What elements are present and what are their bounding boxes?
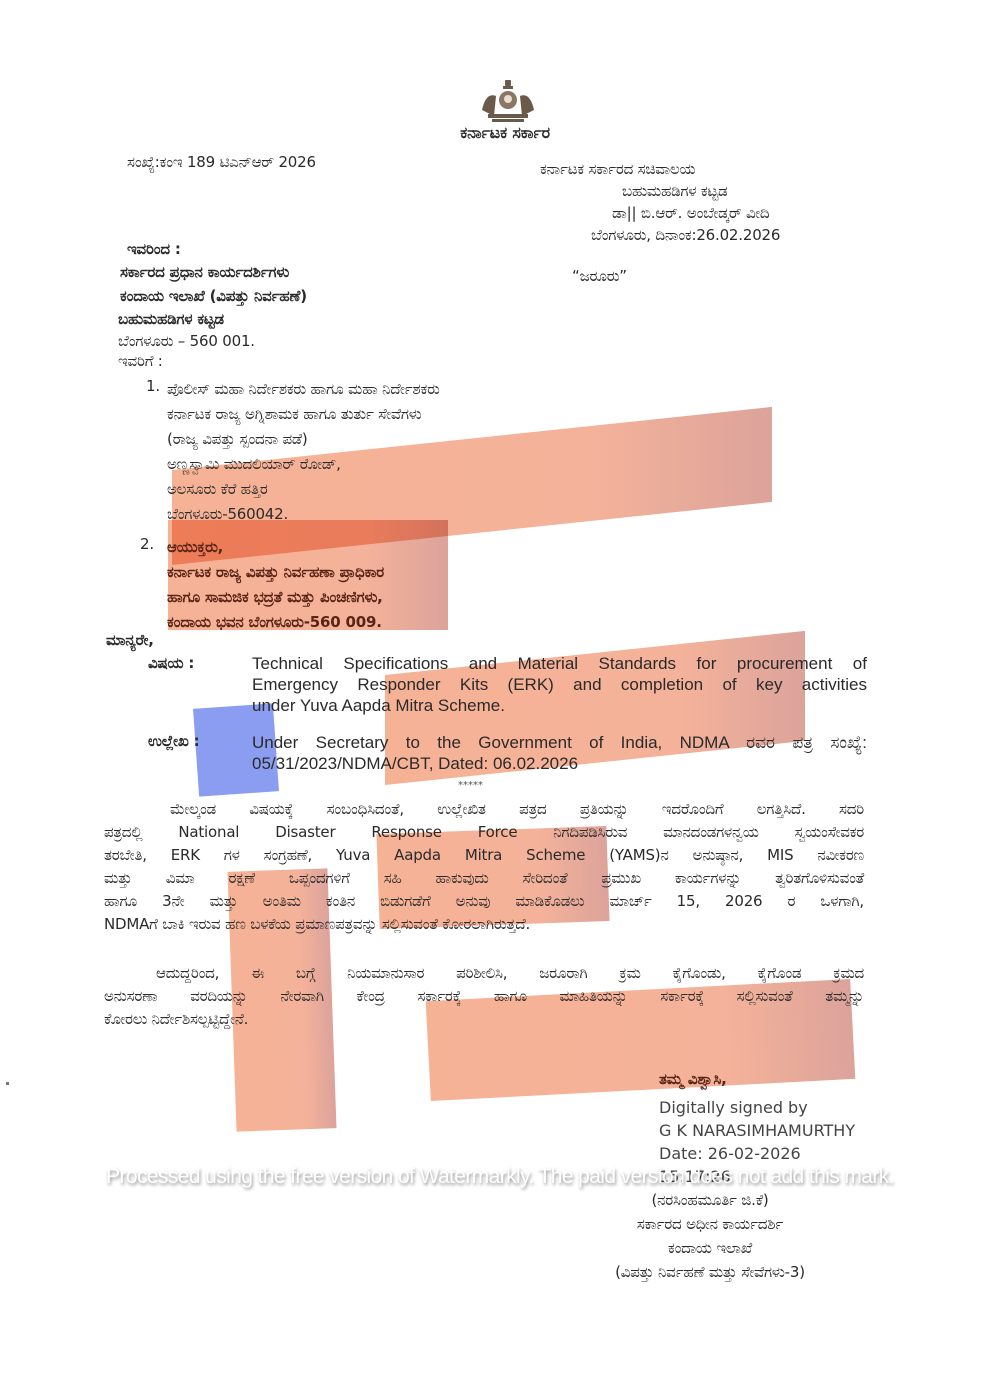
office-address-line: ಡಾ|| ಬಿ.ಆರ್. ಅಂಬೇಡ್ಕರ್ ವೀದಿ xyxy=(612,204,769,222)
stray-mark xyxy=(6,1082,9,1085)
recipient-2-address: ಆಯುಕ್ತರು, ಕರ್ನಾಟಕ ರಾಜ್ಯ ವಿಪತ್ತು ನಿರ್ವಹಣಾ… xyxy=(167,535,384,635)
signatory-designation: (ನರಸಿಂಹಮೂರ್ತಿ ಜಿ.ಕೆ) ಸರ್ಕಾರದ ಅಧೀನ ಕಾರ್ಯದ… xyxy=(540,1188,880,1284)
salutation: ಮಾನ್ಯರೇ, xyxy=(106,631,154,649)
from-line: ಬಹುಮಹಡಿಗಳ ಕಟ್ಟಡ xyxy=(118,310,224,328)
from-line: ಸರ್ಕಾರದ ಪ್ರಧಾನ ಕಾರ್ಯದರ್ಶಿಗಳು xyxy=(120,263,289,281)
file-number: ಸಂಖ್ಯೆ:ಕಂಇ 189 ಟಿಎನ್‌ಆರ್ 2026 xyxy=(127,153,316,171)
urgency-label: “ಜರೂರು” xyxy=(572,267,627,285)
reference-label: ಉಲ್ಲೇಖ : xyxy=(148,732,199,750)
from-line: ಕಂದಾಯ ಇಲಾಖೆ (ವಿಪತ್ತು ನಿರ್ವಹಣೆ) xyxy=(120,287,307,305)
government-name: ಕರ್ನಾಟಕ ಸರ್ಕಾರ xyxy=(400,123,610,143)
separator: ***** xyxy=(458,780,483,791)
recipient-1-address: ಪೊಲೀಸ್ ಮಹಾ ನಿರ್ದೇಶಕರು ಹಾಗೂ ಮಹಾ ನಿರ್ದೇಶಕರ… xyxy=(167,377,440,527)
reference-text: Under Secretary to the Government of Ind… xyxy=(252,732,867,774)
subject-label: ವಿಷಯ : xyxy=(148,654,194,672)
subject-text: Technical Specifications and Material St… xyxy=(252,653,867,716)
body-paragraph-2: ಆದುದ್ದರಿಂದ, ಈ ಬಗ್ಗೆ ನಿಯಮಾನುಸಾರ ಪರಿಶೀಲಿಸಿ… xyxy=(104,962,864,1031)
watermark-text: Processed using the free version of Wate… xyxy=(0,1165,1000,1189)
state-emblem-icon xyxy=(478,80,538,124)
closing: ತಮ್ಮ ವಿಶ್ವಾಸಿ, xyxy=(659,1070,727,1088)
office-address-line: ಬಹುಮಹಡಿಗಳ ಕಟ್ಟಡ xyxy=(622,182,727,200)
from-label: ಇವರಿಂದ : xyxy=(127,240,181,258)
recipient-number: 2. xyxy=(140,535,154,553)
from-line: ಬೆಂಗಳೂರು – 560 001. xyxy=(118,332,255,350)
to-label: ಇವರಿಗೆ : xyxy=(118,352,163,370)
document-date: ಬೆಂಗಳೂರು, ದಿನಾಂಕ:26.02.2026 xyxy=(591,226,780,244)
office-address-line: ಕರ್ನಾಟಕ ಸರ್ಕಾರದ ಸಚಿವಾಲಯ xyxy=(540,160,695,178)
recipient-number: 1. xyxy=(146,377,160,395)
body-paragraph-1: ಮೇಲ್ಕಂಡ ವಿಷಯಕ್ಕೆ ಸಂಬಂಧಿಸಿದಂತೆ, ಉಲ್ಲೇಖಿತ … xyxy=(104,798,864,936)
